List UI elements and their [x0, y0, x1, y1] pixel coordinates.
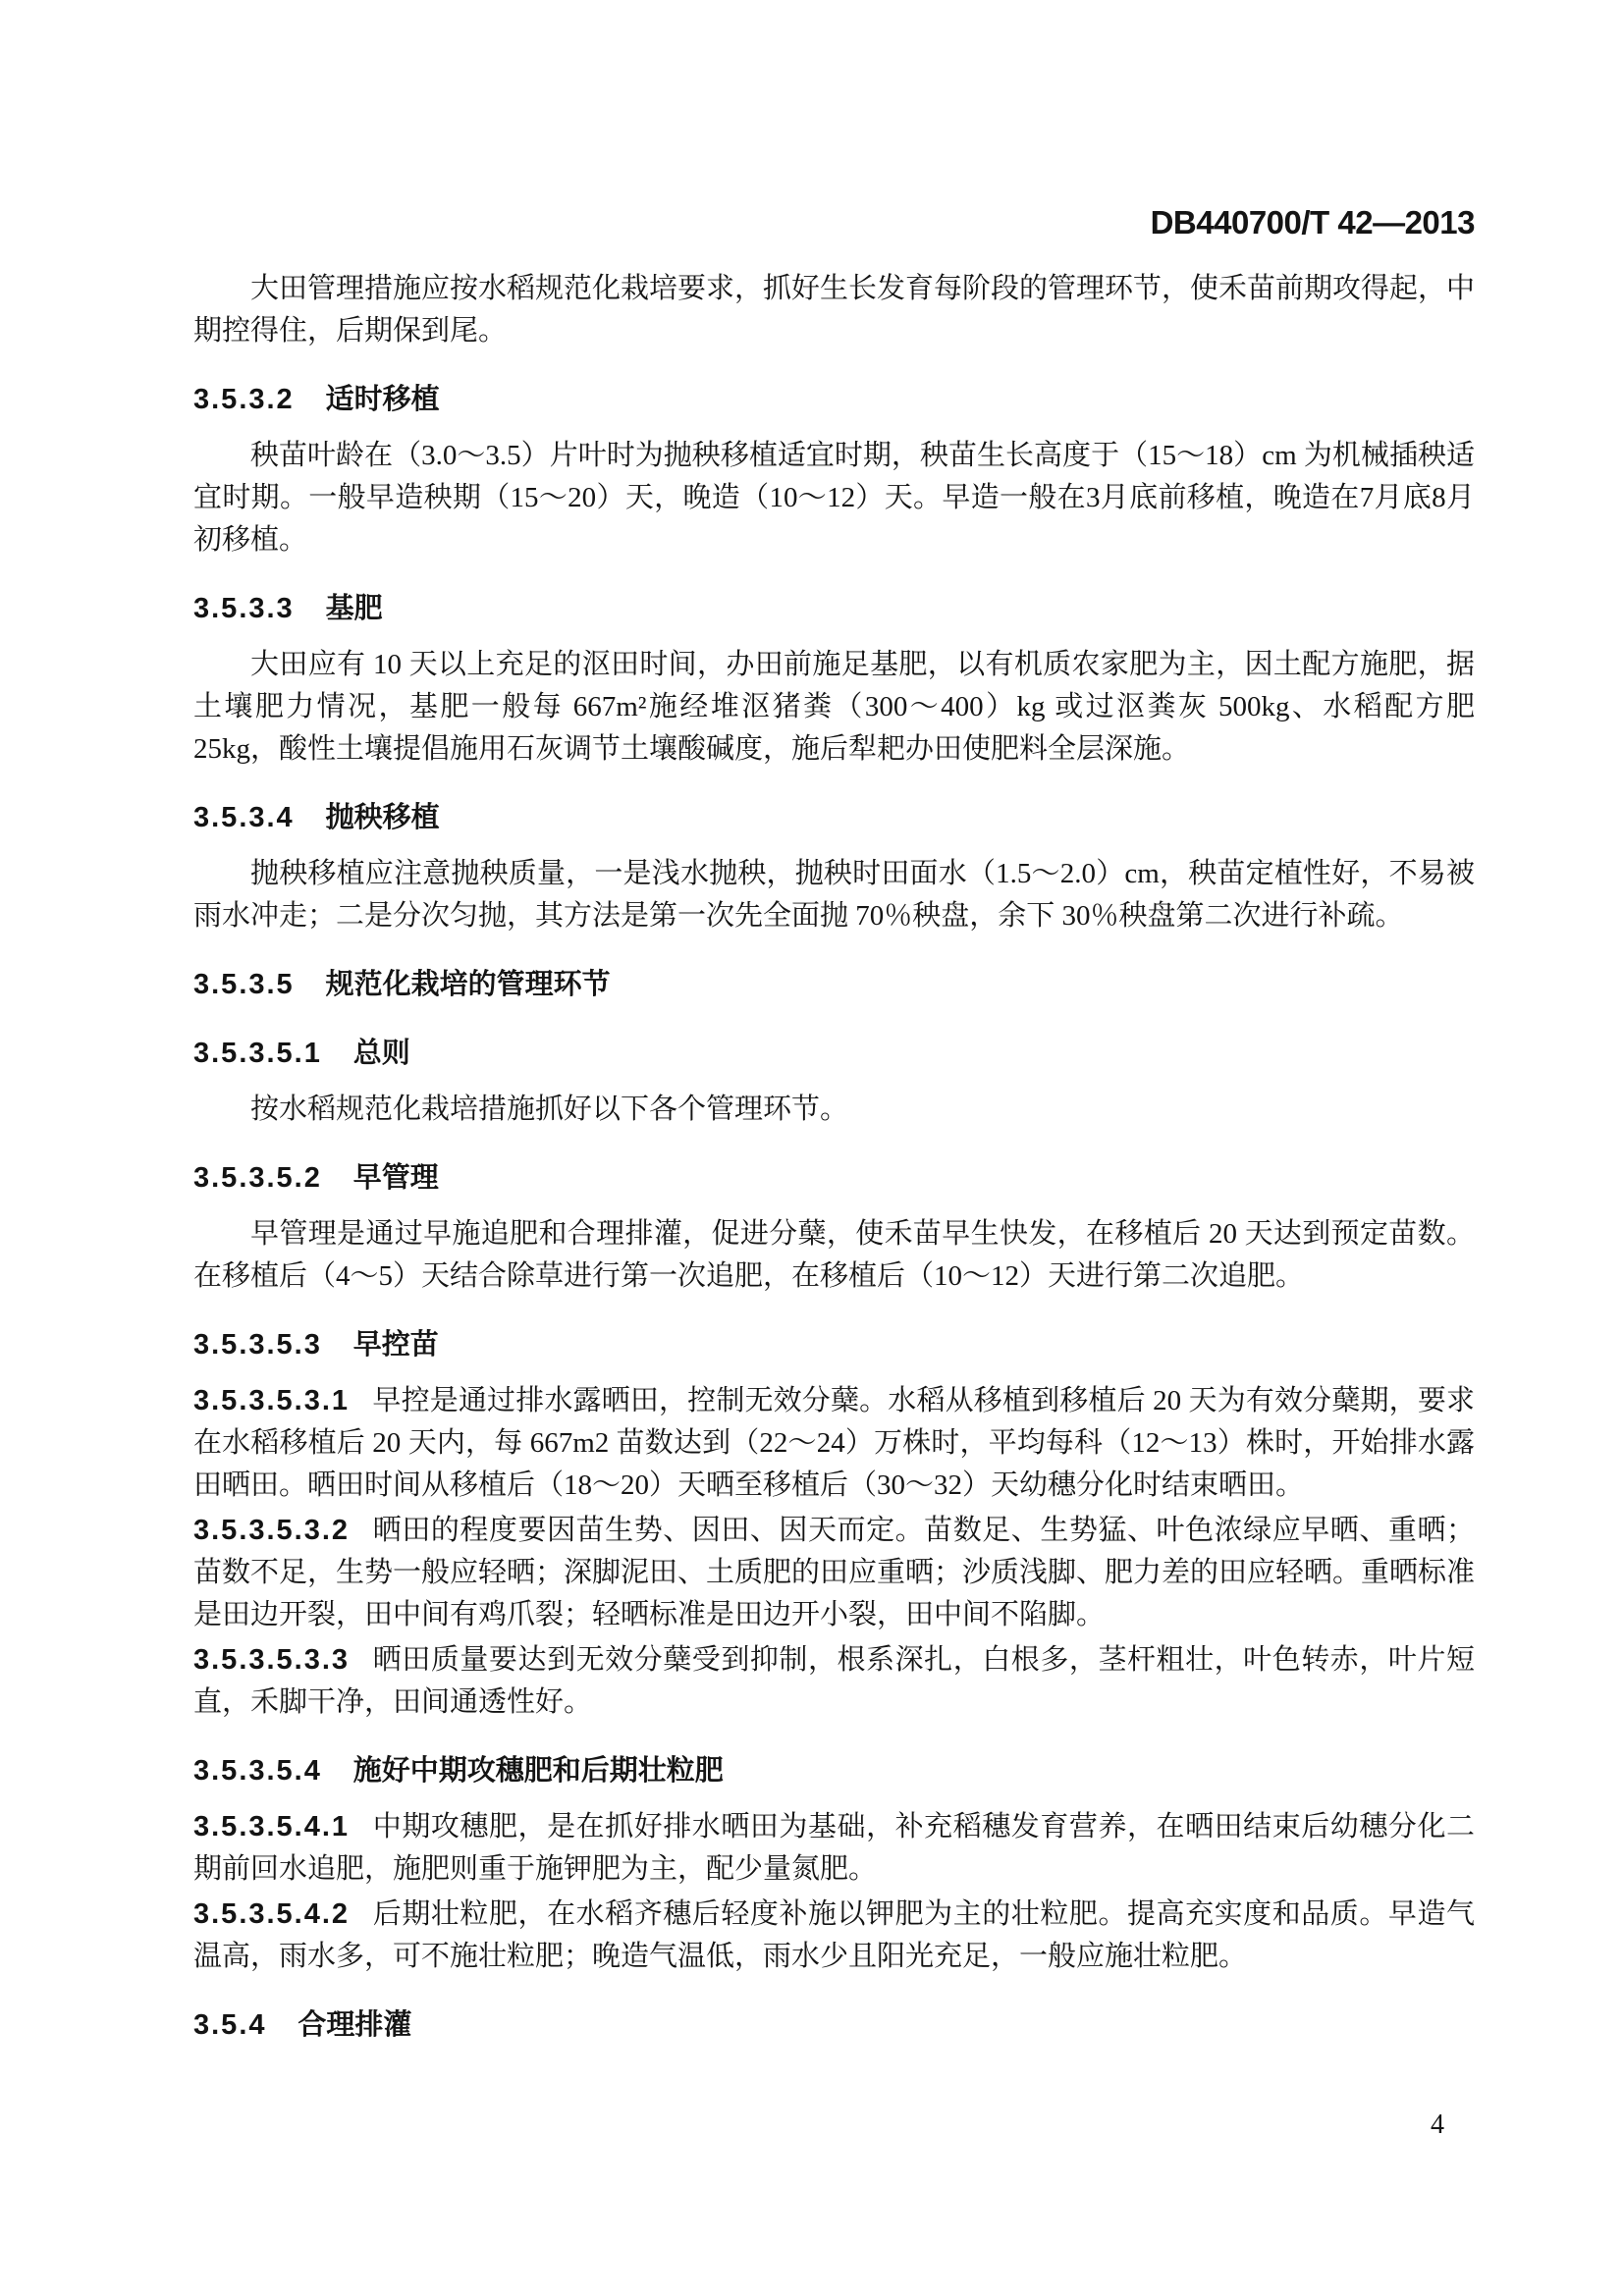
section-title: 早控苗 [353, 1329, 439, 1361]
section-heading: 3.5.3.5.4施好中期攻穗肥和后期壮粒肥 [193, 1750, 1475, 1792]
clause-number: 3.5.3.5.4.2 [193, 1898, 350, 1930]
paragraph: 按水稻规范化栽培措施抓好以下各个管理环节。 [193, 1089, 1475, 1131]
clause-number: 3.5.3.5.3.3 [193, 1644, 350, 1676]
section-number: 3.5.3.3 [193, 593, 295, 624]
paragraph: 大田管理措施应按水稻规范化栽培要求，抓好生长发育每阶段的管理环节，使禾苗前期攻得… [193, 268, 1475, 352]
clause-number: 3.5.3.5.3.2 [193, 1515, 350, 1546]
section-title: 抛秧移植 [326, 802, 440, 833]
clause-text: 后期壮粒肥，在水稻齐穗后轻度补施以钾肥为主的壮粒肥。提高充实度和品质。早造气温高… [193, 1898, 1475, 1972]
section-number: 3.5.3.2 [193, 384, 295, 415]
section-title: 适时移植 [326, 384, 440, 415]
section-number: 3.5.3.4 [193, 802, 295, 833]
clause-number: 3.5.3.5.4.1 [193, 1811, 350, 1842]
paragraph: 大田应有 10 天以上充足的沤田时间，办田前施足基肥，以有机质农家肥为主，因土配… [193, 644, 1475, 771]
section-heading: 3.5.3.3基肥 [193, 588, 1475, 630]
paragraph: 抛秧移植应注意抛秧质量，一是浅水抛秧，抛秧时田面水（1.5～2.0）cm，秧苗定… [193, 853, 1475, 937]
document-page: DB440700/T 42—2013 大田管理措施应按水稻规范化栽培要求，抓好生… [0, 0, 1623, 2296]
clause-text: 中期攻穗肥，是在抓好排水晒田为基础，补充稻穗发育营养，在晒田结束后幼穗分化二期前… [193, 1811, 1475, 1885]
section-heading: 3.5.3.2适时移植 [193, 379, 1475, 421]
section-title: 规范化栽培的管理环节 [326, 969, 611, 1000]
section-number: 3.5.4 [193, 2009, 267, 2041]
section-number: 3.5.3.5.4 [193, 1755, 322, 1787]
section-heading: 3.5.3.5.3早控苗 [193, 1324, 1475, 1366]
section-heading: 3.5.3.5.2早管理 [193, 1157, 1475, 1200]
numbered-paragraph: 3.5.3.5.4.2后期壮粒肥，在水稻齐穗后轻度补施以钾肥为主的壮粒肥。提高充… [193, 1894, 1475, 1978]
section-number: 3.5.3.5.2 [193, 1162, 322, 1194]
section-title: 早管理 [353, 1162, 439, 1194]
numbered-paragraph: 3.5.3.5.4.1中期攻穗肥，是在抓好排水晒田为基础，补充稻穗发育营养，在晒… [193, 1806, 1475, 1891]
paragraph: 秧苗叶龄在（3.0～3.5）片叶时为抛秧移植适宜时期，秧苗生长高度于（15～18… [193, 435, 1475, 561]
section-heading: 3.5.3.4抛秧移植 [193, 797, 1475, 839]
section-title: 基肥 [326, 593, 383, 624]
section-heading: 3.5.3.5规范化栽培的管理环节 [193, 964, 1475, 1006]
clause-text: 晒田质量要达到无效分蘖受到抑制，根系深扎，白根多，茎杆粗壮，叶色转赤，叶片短直，… [193, 1644, 1475, 1718]
numbered-paragraph: 3.5.3.5.3.1早控是通过排水露晒田，控制无效分蘖。水稻从移植到移植后 2… [193, 1380, 1475, 1507]
section-title: 施好中期攻穗肥和后期壮粒肥 [353, 1755, 724, 1787]
section-title: 总则 [353, 1038, 410, 1069]
section-number: 3.5.3.5.3 [193, 1329, 322, 1361]
clause-number: 3.5.3.5.3.1 [193, 1385, 350, 1416]
numbered-paragraph: 3.5.3.5.3.2晒田的程度要因苗生势、因田、因天而定。苗数足、生势猛、叶色… [193, 1510, 1475, 1636]
section-number: 3.5.3.5.1 [193, 1038, 322, 1069]
section-heading: 3.5.4合理排灌 [193, 2004, 1475, 2047]
standard-code-header: DB440700/T 42—2013 [193, 203, 1475, 242]
clause-text: 晒田的程度要因苗生势、因田、因天而定。苗数足、生势猛、叶色浓绿应早晒、重晒；苗数… [193, 1515, 1475, 1630]
paragraph: 早管理是通过早施追肥和合理排灌，促进分蘖，使禾苗早生快发，在移植后 20 天达到… [193, 1213, 1475, 1298]
document-body: 大田管理措施应按水稻规范化栽培要求，抓好生长发育每阶段的管理环节，使禾苗前期攻得… [193, 268, 1475, 2047]
numbered-paragraph: 3.5.3.5.3.3晒田质量要达到无效分蘖受到抑制，根系深扎，白根多，茎杆粗壮… [193, 1639, 1475, 1724]
section-heading: 3.5.3.5.1总则 [193, 1033, 1475, 1075]
clause-text: 早控是通过排水露晒田，控制无效分蘖。水稻从移植到移植后 20 天为有效分蘖期，要… [193, 1385, 1475, 1501]
section-title: 合理排灌 [298, 2009, 411, 2041]
section-number: 3.5.3.5 [193, 969, 295, 1000]
page-number: 4 [1431, 2109, 1444, 2142]
